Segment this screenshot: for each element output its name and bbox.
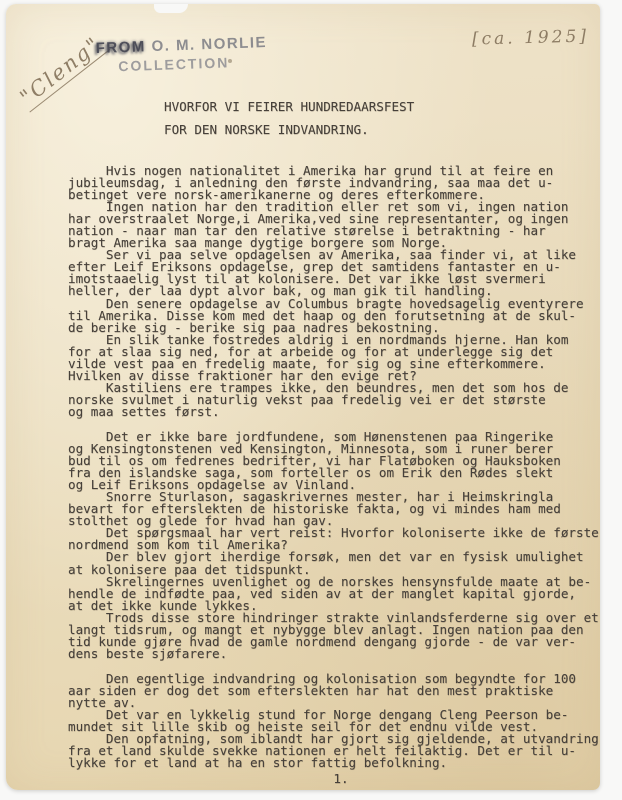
paper-sheet: "Cleng" [ca. 1925] FROM O. M. NORLIE COL…	[6, 4, 600, 790]
title-line-2: FOR DEN NORSKE INDVANDRING.	[164, 124, 414, 136]
paragraph: Det spørgsmaal har vert reist: Hvorfor k…	[68, 527, 614, 551]
stamp-owner-name: O. M. NORLIE	[146, 34, 268, 55]
collection-stamp: FROM O. M. NORLIE COLLECTION	[95, 34, 267, 75]
paper-edge-chip	[154, 4, 188, 13]
title-line-1: HVORFOR VI FEIRER HUNDREDAARSFEST	[164, 101, 414, 113]
paragraph: Det var en lykkelig stund for Norge deng…	[68, 709, 614, 733]
body-section-2: Det er ikke bare jordfundene, som Hønens…	[68, 431, 614, 660]
body-section-1: Hvis nogen nationalitet i Amerika har gr…	[68, 165, 614, 418]
paragraph: Kastiliens ere trampes ikke, den beundre…	[68, 382, 614, 418]
paragraph: Den egentlige indvandring og kolonisatio…	[68, 673, 614, 709]
paragraph: Der blev gjort iherdige forsøk, men det …	[68, 551, 614, 575]
stamp-from-word: FROM	[95, 38, 146, 57]
scanned-document-page: "Cleng" [ca. 1925] FROM O. M. NORLIE COL…	[0, 0, 622, 800]
document-body: Hvis nogen nationalitet i Amerika har gr…	[68, 165, 614, 769]
paragraph: Ingen nation har den tradition eller ret…	[68, 201, 614, 249]
paragraph: Den opfatning, som iblandt har gjort sig…	[68, 733, 614, 769]
paragraph: Skrelingernes uvenlighet og de norskes h…	[68, 576, 614, 612]
paragraph: Trods disse store hindringer strakte vin…	[68, 612, 614, 660]
paragraph: Den senere opdagelse av Columbus bragte …	[68, 298, 614, 334]
paragraph: Ser vi paa selve opdagelsen av Amerika, …	[68, 249, 614, 297]
document-title: HVORFOR VI FEIRER HUNDREDAARSFEST FOR DE…	[164, 101, 414, 136]
paragraph: Det er ikke bare jordfundene, som Hønens…	[68, 431, 614, 491]
stamp-line-2: COLLECTION	[118, 53, 268, 74]
handwritten-date-annotation: [ca. 1925]	[472, 26, 589, 49]
paragraph: Hvis nogen nationalitet i Amerika har gr…	[68, 165, 614, 201]
page-number: 1.	[68, 771, 614, 786]
body-section-3: Den egentlige indvandring og kolonisatio…	[68, 673, 614, 769]
paragraph: En slik tanke fostredes aldrig i en nord…	[68, 334, 614, 382]
paragraph: Snorre Sturlason, sagaskrivernes mester,…	[68, 491, 614, 527]
